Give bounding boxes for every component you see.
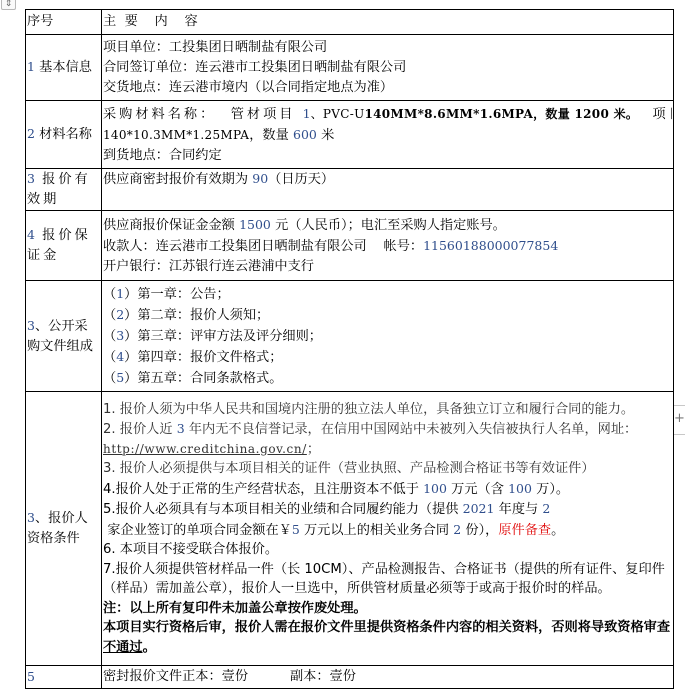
item-2-label: 项目	[638, 107, 672, 122]
material-prefix: 采购材料名称： 管材项目	[103, 107, 303, 122]
row-number: 5	[27, 669, 35, 684]
row-number: 1	[27, 59, 35, 74]
procurement-table: 序号 主 要 内 容 1 基本信息 项目单位：工投集团日晒制盐有限公司 合同签订…	[25, 9, 674, 689]
copies-text: 密封报价文件正本：壹份 副本：壹份	[103, 669, 356, 684]
add-column-icon[interactable]: +	[674, 405, 685, 435]
qual-text: 4.报价人处于正常的生产经营状态，且注册资本不低于	[103, 482, 423, 497]
amount: 5	[292, 522, 300, 537]
doc-item: （1）第一章：公告；	[103, 284, 672, 305]
original-for-check: 原件备查	[498, 523, 551, 538]
pipe-spec-1: 140MM*8.6MM*1.6MPA，数量 1200 米。	[364, 107, 638, 121]
row-label-text: 、报价人资格条件	[27, 511, 88, 546]
punct: 。	[143, 640, 156, 655]
account-number: 11560188000077854	[423, 238, 558, 253]
qual-text: 万元（含	[447, 482, 508, 497]
table-row-qualification: 3、报价人资格条件 1. 报价人须为中华人民共和国境内注册的独立法人单位，具备独…	[26, 392, 674, 666]
row-label: 2 材料名称	[26, 101, 102, 169]
bank-name: 开户银行：江苏银行连云港浦中支行	[103, 257, 672, 277]
row-content: 项目单位：工投集团日晒制盐有限公司 合同签订单位：连云港市工投集团日晒制盐有限公…	[102, 35, 674, 101]
row-content: 采购材料名称： 管材项目 1、PVC-U140MM*8.6MM*1.6MPA，数…	[102, 101, 674, 169]
qual-item-7: 7.报价人须提供管材样品一件（长 10CM）、产品检测报告、合格证书（提供的所有…	[103, 560, 672, 599]
table-header-row: 序号 主 要 内 容	[26, 10, 674, 35]
count: 2	[542, 501, 550, 516]
delivery-location: 交货地点：连云港市境内（以合同指定地点为准）	[103, 78, 672, 98]
qual-item-2: 2. 报价人近 3 年内无不良信誉记录，在信用中国网站中未被列入失信被执行人名单…	[103, 419, 672, 459]
doc-item-number: 5	[116, 370, 124, 385]
row-number: 3	[27, 318, 35, 333]
qual-item-1: 1. 报价人须为中华人民共和国境内注册的独立法人单位，具备独立订立和履行合同的能…	[103, 400, 672, 420]
creditchina-link[interactable]: http://www.creditchina.gov.cn/	[103, 442, 307, 456]
doc-item-number: 3	[116, 328, 124, 343]
qual-text: 年度与	[494, 502, 542, 517]
doc-item: （3）第三章：评审方法及评分细则；	[103, 326, 672, 347]
qual-text: 份），	[461, 523, 498, 538]
doc-item: （2）第二章：报价人须知；	[103, 305, 672, 326]
deposit-amount: 1500	[239, 217, 271, 232]
table-row-validity: 3 报价有效期 供应商密封报价有效期为 90（日历天）	[26, 169, 674, 211]
pipe-type: 、PVC-U	[311, 107, 365, 121]
qual-text: 年内无不良信誉记录，在信用中国网站中未被列入失信被执行人名单，网址：	[185, 422, 638, 437]
doc-item-text: 第二章：报价人须知；	[137, 308, 269, 323]
punct: ；	[307, 442, 320, 457]
row-label-text: 报价保证金	[27, 228, 91, 263]
row-label-text: 、公开采购文件组成	[27, 319, 93, 354]
material-line-2: 140*10.3MM*1.25MPA，数量 600 米	[103, 125, 672, 146]
qual-note: 注：以上所有复印件未加盖公章按作废处理。	[103, 599, 672, 619]
row-content: 1. 报价人须为中华人民共和国境内注册的独立法人单位，具备独立订立和履行合同的能…	[102, 392, 674, 666]
qual-text: 万）。	[532, 482, 569, 497]
row-content: 供应商密封报价有效期为 90（日历天）	[102, 169, 674, 211]
arrival-location: 到货地点：合同约定	[103, 146, 672, 166]
qual-text: 家企业签订的单项合同金额在￥	[103, 523, 292, 538]
doc-item: （4）第四章：报价文件格式；	[103, 347, 672, 368]
qual-text: 2. 报价人近	[103, 422, 177, 437]
qual-item-5: 5.报价人必须具有与本项目相关的业绩和合同履约能力（提供 2021 年度与 2 …	[103, 499, 672, 540]
doc-item-text: 第三章：评审方法及评分细则；	[137, 329, 322, 344]
row-content: 供应商报价保证金金额 1500 元（人民币）；电汇至采购人指定账号。 收款人：连…	[102, 211, 674, 281]
deposit-line-2: 收款人：连云港市工投集团日晒制盐有限公司 帐号：1156018800007785…	[103, 236, 672, 257]
header-content-label: 主 要 内 容	[103, 14, 198, 29]
pipe-spec-2: 140*10.3MM*1.25MPA	[103, 128, 249, 142]
material-line-1: 采购材料名称： 管材项目 1、PVC-U140MM*8.6MM*1.6MPA，数…	[103, 104, 672, 125]
doc-item-number: 2	[116, 307, 124, 322]
project-unit: 项目单位：工投集团日晒制盐有限公司	[103, 38, 672, 58]
row-label: 5	[26, 666, 102, 689]
doc-item-number: 1	[116, 286, 124, 301]
row-number: 3	[27, 510, 35, 525]
row-label-text: 材料名称	[35, 127, 92, 142]
header-seq: 序号	[26, 10, 102, 35]
doc-item-text: 第五章：合同条款格式。	[137, 371, 282, 386]
header-content: 主 要 内 容	[102, 10, 674, 35]
doc-item-text: 第四章：报价文件格式；	[137, 350, 282, 365]
item-number: 1	[303, 106, 311, 121]
punct: 。	[551, 523, 564, 538]
qual-text: 万元以上的相关业务合同	[300, 523, 453, 538]
payee: 收款人：连云港市工投集团日晒制盐有限公司 帐号：	[103, 239, 423, 254]
table-row-deposit: 4 报价保证金 供应商报价保证金金额 1500 元（人民币）；电汇至采购人指定账…	[26, 211, 674, 281]
unit: 米	[317, 128, 334, 143]
qty-label: ，数量	[249, 128, 293, 143]
table-row-documents: 3、公开采购文件组成 （1）第一章：公告； （2）第二章：报价人须知； （3）第…	[26, 281, 674, 392]
deposit-prefix: 供应商报价保证金金额	[103, 218, 239, 233]
row-label-text: 基本信息	[35, 60, 92, 75]
doc-item-number: 4	[116, 349, 124, 364]
row-number: 3	[27, 171, 35, 186]
quantity: 600	[293, 127, 317, 142]
qual-text: 5.报价人必须具有与本项目相关的业绩和合同履约能力（提供	[103, 502, 463, 517]
table-row-material: 2 材料名称 采购材料名称： 管材项目 1、PVC-U140MM*8.6MM*1…	[26, 101, 674, 169]
qual-item-6: 6. 本项目不接受联合体报价。	[103, 540, 672, 560]
validity-days: 90	[252, 171, 268, 186]
table-row-copies: 5 密封报价文件正本：壹份 副本：壹份	[26, 666, 674, 689]
validity-prefix: 供应商密封报价有效期为	[103, 172, 252, 187]
row-number: 2	[27, 126, 35, 141]
doc-item-text: 第一章：公告；	[137, 287, 229, 302]
qual-item-3: 3. 报价人必须提供与本项目相关的证件（营业执照、产品检测合格证书等有效证件）	[103, 459, 672, 479]
header-seq-label: 序号	[27, 14, 53, 29]
post-review-text: 本项目实行资格后审，报价人需在报价文件里提供资格条件内容的相关资料，否则将导致资…	[103, 620, 670, 635]
year: 2021	[463, 501, 495, 516]
row-number: 4	[27, 227, 35, 242]
row-label-text: 报价有效期	[27, 172, 91, 207]
post-review-fail: 不通过	[103, 640, 143, 655]
row-label: 3、公开采购文件组成	[26, 281, 102, 392]
deposit-line-1: 供应商报价保证金金额 1500 元（人民币）；电汇至采购人指定账号。	[103, 215, 672, 236]
row-content: （1）第一章：公告； （2）第二章：报价人须知； （3）第三章：评审方法及评分细…	[102, 281, 674, 392]
doc-item: （5）第五章：合同条款格式。	[103, 368, 672, 389]
row-label: 3 报价有效期	[26, 169, 102, 211]
table-move-handle-icon[interactable]: ⇕	[1, 0, 16, 10]
row-label: 4 报价保证金	[26, 211, 102, 281]
table-row-basic-info: 1 基本信息 项目单位：工投集团日晒制盐有限公司 合同签订单位：连云港市工投集团…	[26, 35, 674, 101]
copies: 2	[453, 522, 461, 537]
capital-amount: 100	[508, 481, 532, 496]
post-review-note: 本项目实行资格后审，报价人需在报价文件里提供资格条件内容的相关资料，否则将导致资…	[103, 618, 672, 657]
row-label: 1 基本信息	[26, 35, 102, 101]
validity-suffix: （日历天）	[268, 172, 334, 187]
row-content: 密封报价文件正本：壹份 副本：壹份	[102, 666, 674, 689]
row-label: 3、报价人资格条件	[26, 392, 102, 666]
years: 3	[177, 421, 185, 436]
contract-unit: 合同签订单位：连云港市工投集团日晒制盐有限公司	[103, 58, 672, 78]
capital-amount: 100	[423, 481, 447, 496]
qual-item-4: 4.报价人处于正常的生产经营状态，且注册资本不低于 100 万元（含 100 万…	[103, 479, 672, 500]
deposit-suffix: 元（人民币）；电汇至采购人指定账号。	[271, 218, 506, 233]
